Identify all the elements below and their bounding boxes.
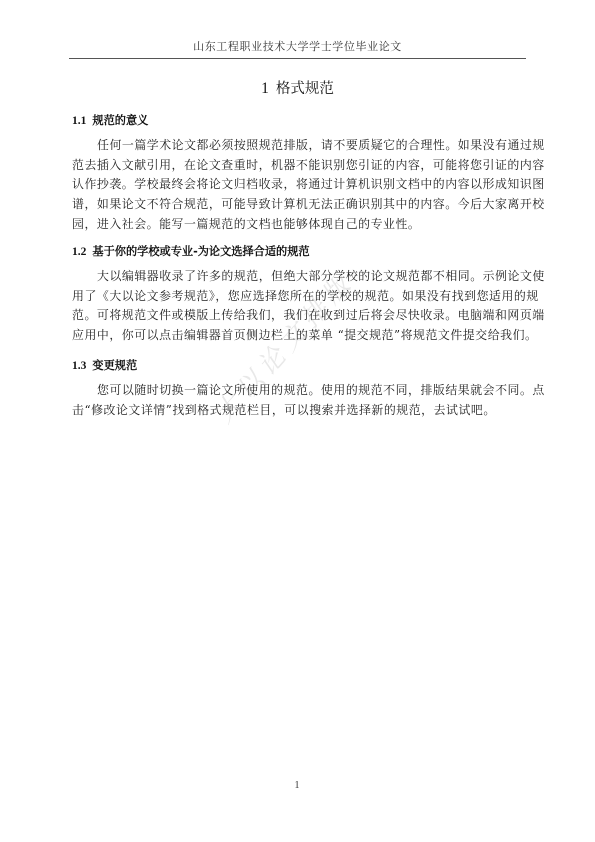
- chapter-title: 1格式规范: [69, 78, 526, 99]
- section-1-1-paragraph: 任何一篇学术论文都必须按照规范排版，请不要质疑它的合理性。如果没有通过规 范去插…: [72, 136, 527, 234]
- document-page: 山东工程职业技术大学学士学位毕业论文 1格式规范 1.1规范的意义 任何一篇学术…: [0, 0, 595, 842]
- section-title: 变更规范: [92, 359, 137, 372]
- chapter-number: 1: [261, 80, 269, 97]
- paragraph-line: 范去插入文献引用，在论文查重时，机器不能识别您引证的内容，可能将您引证的内容: [72, 156, 527, 176]
- section-number: 1.2: [72, 246, 86, 258]
- section-heading-1-3: 1.3变更规范: [72, 359, 137, 373]
- section-title: 规范的意义: [92, 114, 148, 127]
- paragraph-line: 认作抄袭。学校最终会将论文归档收录，将通过计算机识别文档中的内容以形成知识图: [72, 175, 527, 195]
- section-heading-1-2: 1.2基于你的学校或专业-为论文选择合适的规范: [72, 245, 310, 259]
- paragraph-line: 大以编辑器收录了许多的规范，但绝大部分学校的论文规范都不相同。示例论文使: [72, 267, 527, 287]
- section-heading-1-1: 1.1规范的意义: [72, 114, 148, 128]
- section-number: 1.1: [72, 115, 86, 127]
- chapter-title-text: 格式规范: [276, 81, 334, 97]
- paragraph-line: 任何一篇学术论文都必须按照规范排版，请不要质疑它的合理性。如果没有通过规: [72, 136, 527, 156]
- paragraph-line: 园，进入社会。能写一篇规范的文档也能够体现自己的专业性。: [72, 215, 527, 235]
- section-number: 1.3: [72, 360, 86, 372]
- paragraph-line: 应用中，你可以点击编辑器首页侧边栏上的菜单 “提交规范”将规范文件提交给我们。: [72, 326, 527, 346]
- paragraph-line: 用了《大以论文参考规范》，您应选择您所在的学校的规范。如果没有找到您适用的规: [72, 287, 527, 307]
- page-number: 1: [287, 780, 307, 791]
- paragraph-line: 您可以随时切换一篇论文所使用的规范。使用的规范不同，排版结果就会不同。点: [72, 381, 527, 401]
- paragraph-line: 范。可将规范文件或模版上传给我们，我们在收到过后将会尽快收录。电脑端和网页端: [72, 306, 527, 326]
- paragraph-line: 击“修改论文详情”找到格式规范栏目，可以搜索并选择新的规范，去试试吧。: [72, 401, 527, 421]
- paragraph-line: 谱，如果论文不符合规范，可能导致计算机无法正确识别其中的内容。今后大家离开校: [72, 195, 527, 215]
- section-1-2-paragraph: 大以编辑器收录了许多的规范，但绝大部分学校的论文规范都不相同。示例论文使 用了《…: [72, 267, 527, 346]
- section-1-3-paragraph: 您可以随时切换一篇论文所使用的规范。使用的规范不同，排版结果就会不同。点 击“修…: [72, 381, 527, 420]
- header-divider: [69, 58, 526, 59]
- running-header: 山东工程职业技术大学学士学位毕业论文: [69, 40, 526, 54]
- section-title: 基于你的学校或专业-为论文选择合适的规范: [92, 245, 309, 258]
